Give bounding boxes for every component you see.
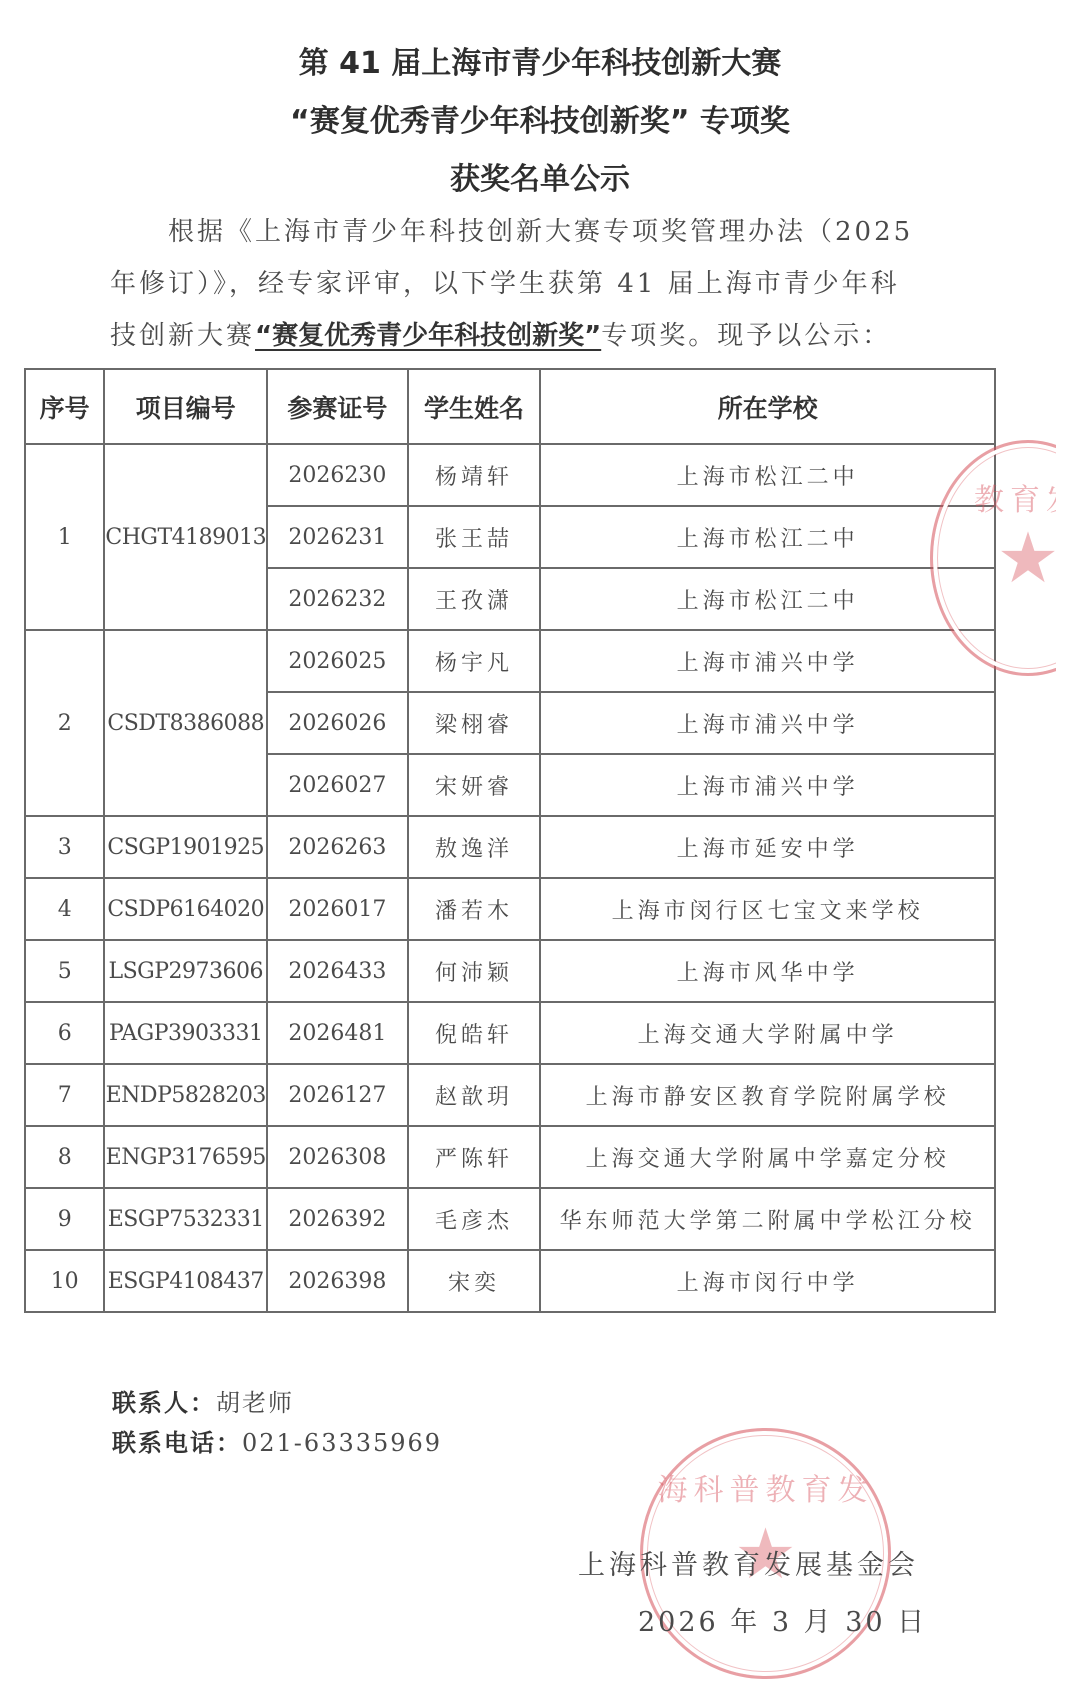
cell-name: 宋奕 [408, 1250, 541, 1312]
cell-school: 上海市延安中学 [540, 816, 995, 878]
table-row: 4 CSDP6164020 2026017 潘若木 上海市闵行区七宝文来学校 [25, 878, 995, 940]
cell-project: CSDT8386088 [104, 630, 267, 816]
cell-cert: 2026231 [267, 506, 407, 568]
title-line-1: 第 41 届上海市青少年科技创新大赛 [0, 38, 1080, 82]
cell-cert: 2026263 [267, 816, 407, 878]
table-row: 8 ENGP3176595 2026308 严陈轩 上海交通大学附属中学嘉定分校 [25, 1126, 995, 1188]
cell-name: 潘若木 [408, 878, 541, 940]
cell-project: CHGT4189013 [104, 444, 267, 630]
cell-name: 倪皓轩 [408, 1002, 541, 1064]
intro-line-3-suffix: 专项奖。现予以公示： [601, 321, 891, 351]
cell-name: 宋妍睿 [408, 754, 541, 816]
cell-cert: 2026230 [267, 444, 407, 506]
cell-cert: 2026232 [267, 568, 407, 630]
cell-name: 严陈轩 [408, 1126, 541, 1188]
cell-school: 上海市静安区教育学院附属学校 [540, 1064, 995, 1126]
cell-seq: 9 [25, 1188, 104, 1250]
cell-cert: 2026433 [267, 940, 407, 1002]
cell-seq: 10 [25, 1250, 104, 1312]
contact-phone: 联系电话：021-63335969 [112, 1423, 442, 1458]
cell-project: ESGP4108437 [104, 1250, 267, 1312]
cell-cert: 2026481 [267, 1002, 407, 1064]
title-line-3: 获奖名单公示 [0, 154, 1080, 198]
cell-seq: 2 [25, 630, 104, 816]
cell-school: 华东师范大学第二附属中学松江分校 [540, 1188, 995, 1250]
intro-paragraph: 根据《上海市青少年科技创新大赛专项奖管理办法（2025 年修订）》，经专家评审，… [110, 206, 930, 362]
table-row: 9 ESGP7532331 2026392 毛彦杰 华东师范大学第二附属中学松江… [25, 1188, 995, 1250]
cell-name: 张王喆 [408, 506, 541, 568]
intro-line-1: 根据《上海市青少年科技创新大赛专项奖管理办法（2025 [110, 206, 930, 258]
cell-school: 上海市闵行中学 [540, 1250, 995, 1312]
cell-project: ESGP7532331 [104, 1188, 267, 1250]
cell-cert: 2026025 [267, 630, 407, 692]
header-cert: 参赛证号 [267, 369, 407, 444]
cell-name: 何沛颖 [408, 940, 541, 1002]
cell-cert: 2026026 [267, 692, 407, 754]
table-row: 3 CSGP1901925 2026263 敖逸洋 上海市延安中学 [25, 816, 995, 878]
cell-project: LSGP2973606 [104, 940, 267, 1002]
cell-seq: 4 [25, 878, 104, 940]
cell-cert: 2026392 [267, 1188, 407, 1250]
table-row: 10 ESGP4108437 2026398 宋奕 上海市闵行中学 [25, 1250, 995, 1312]
contact-person-value: 胡老师 [216, 1389, 294, 1417]
header-name: 学生姓名 [408, 369, 541, 444]
contact-phone-label: 联系电话： [112, 1429, 242, 1457]
cell-cert: 2026308 [267, 1126, 407, 1188]
cell-seq: 7 [25, 1064, 104, 1126]
header-project: 项目编号 [104, 369, 267, 444]
cell-school: 上海市浦兴中学 [540, 692, 995, 754]
table-row: 6 PAGP3903331 2026481 倪皓轩 上海交通大学附属中学 [25, 1002, 995, 1064]
cell-school: 上海交通大学附属中学 [540, 1002, 995, 1064]
table-row: 2 CSDT8386088 2026025 杨宇凡 上海市浦兴中学 [25, 630, 995, 692]
cell-name: 杨靖轩 [408, 444, 541, 506]
table-row: 7 ENDP5828203 2026127 赵歆玥 上海市静安区教育学院附属学校 [25, 1064, 995, 1126]
cell-project: CSGP1901925 [104, 816, 267, 878]
table-header-row: 序号 项目编号 参赛证号 学生姓名 所在学校 [25, 369, 995, 444]
cell-seq: 8 [25, 1126, 104, 1188]
table-row: 5 LSGP2973606 2026433 何沛颖 上海市风华中学 [25, 940, 995, 1002]
header-seq: 序号 [25, 369, 104, 444]
award-name: “赛复优秀青少年科技创新奖” [255, 321, 601, 351]
cell-school: 上海市松江二中 [540, 444, 995, 506]
contact-person: 联系人：胡老师 [112, 1383, 294, 1418]
cell-school: 上海市风华中学 [540, 940, 995, 1002]
issue-date: 2026 年 3 月 30 日 [638, 1600, 927, 1639]
cell-project: PAGP3903331 [104, 1002, 267, 1064]
cell-project: CSDP6164020 [104, 878, 267, 940]
contact-person-label: 联系人： [112, 1389, 216, 1417]
title-line-2: “赛复优秀青少年科技创新奖” 专项奖 [0, 96, 1080, 140]
header-school: 所在学校 [540, 369, 995, 444]
cell-seq: 5 [25, 940, 104, 1002]
cell-name: 赵歆玥 [408, 1064, 541, 1126]
cell-school: 上海市浦兴中学 [540, 754, 995, 816]
cell-name: 王孜潇 [408, 568, 541, 630]
cell-cert: 2026398 [267, 1250, 407, 1312]
seal-text: 海科普教育发 [643, 1465, 888, 1509]
intro-line-3: 技创新大赛“赛复优秀青少年科技创新奖”专项奖。现予以公示： [110, 310, 930, 362]
issuing-organization: 上海科普教育发展基金会 [578, 1543, 919, 1582]
cell-seq: 1 [25, 444, 104, 630]
cell-name: 梁栩睿 [408, 692, 541, 754]
cell-name: 毛彦杰 [408, 1188, 541, 1250]
cell-seq: 3 [25, 816, 104, 878]
cell-project: ENDP5828203 [104, 1064, 267, 1126]
winners-table: 序号 项目编号 参赛证号 学生姓名 所在学校 1 CHGT4189013 202… [24, 368, 996, 1313]
intro-line-2: 年修订）》，经专家评审，以下学生获第 41 届上海市青少年科 [110, 258, 930, 310]
cell-project: ENGP3176595 [104, 1126, 267, 1188]
contact-phone-value: 021-63335969 [242, 1429, 442, 1457]
intro-line-3-prefix: 技创新大赛 [110, 321, 255, 351]
cell-school: 上海市闵行区七宝文来学校 [540, 878, 995, 940]
cell-school: 上海市松江二中 [540, 506, 995, 568]
star-icon: ★ [997, 523, 1060, 593]
cell-name: 杨宇凡 [408, 630, 541, 692]
cell-school: 上海市浦兴中学 [540, 630, 995, 692]
cell-cert: 2026017 [267, 878, 407, 940]
cell-school: 上海市松江二中 [540, 568, 995, 630]
cell-seq: 6 [25, 1002, 104, 1064]
cell-cert: 2026027 [267, 754, 407, 816]
cell-name: 敖逸洋 [408, 816, 541, 878]
cell-cert: 2026127 [267, 1064, 407, 1126]
cell-school: 上海交通大学附属中学嘉定分校 [540, 1126, 995, 1188]
table-row: 1 CHGT4189013 2026230 杨靖轩 上海市松江二中 [25, 444, 995, 506]
